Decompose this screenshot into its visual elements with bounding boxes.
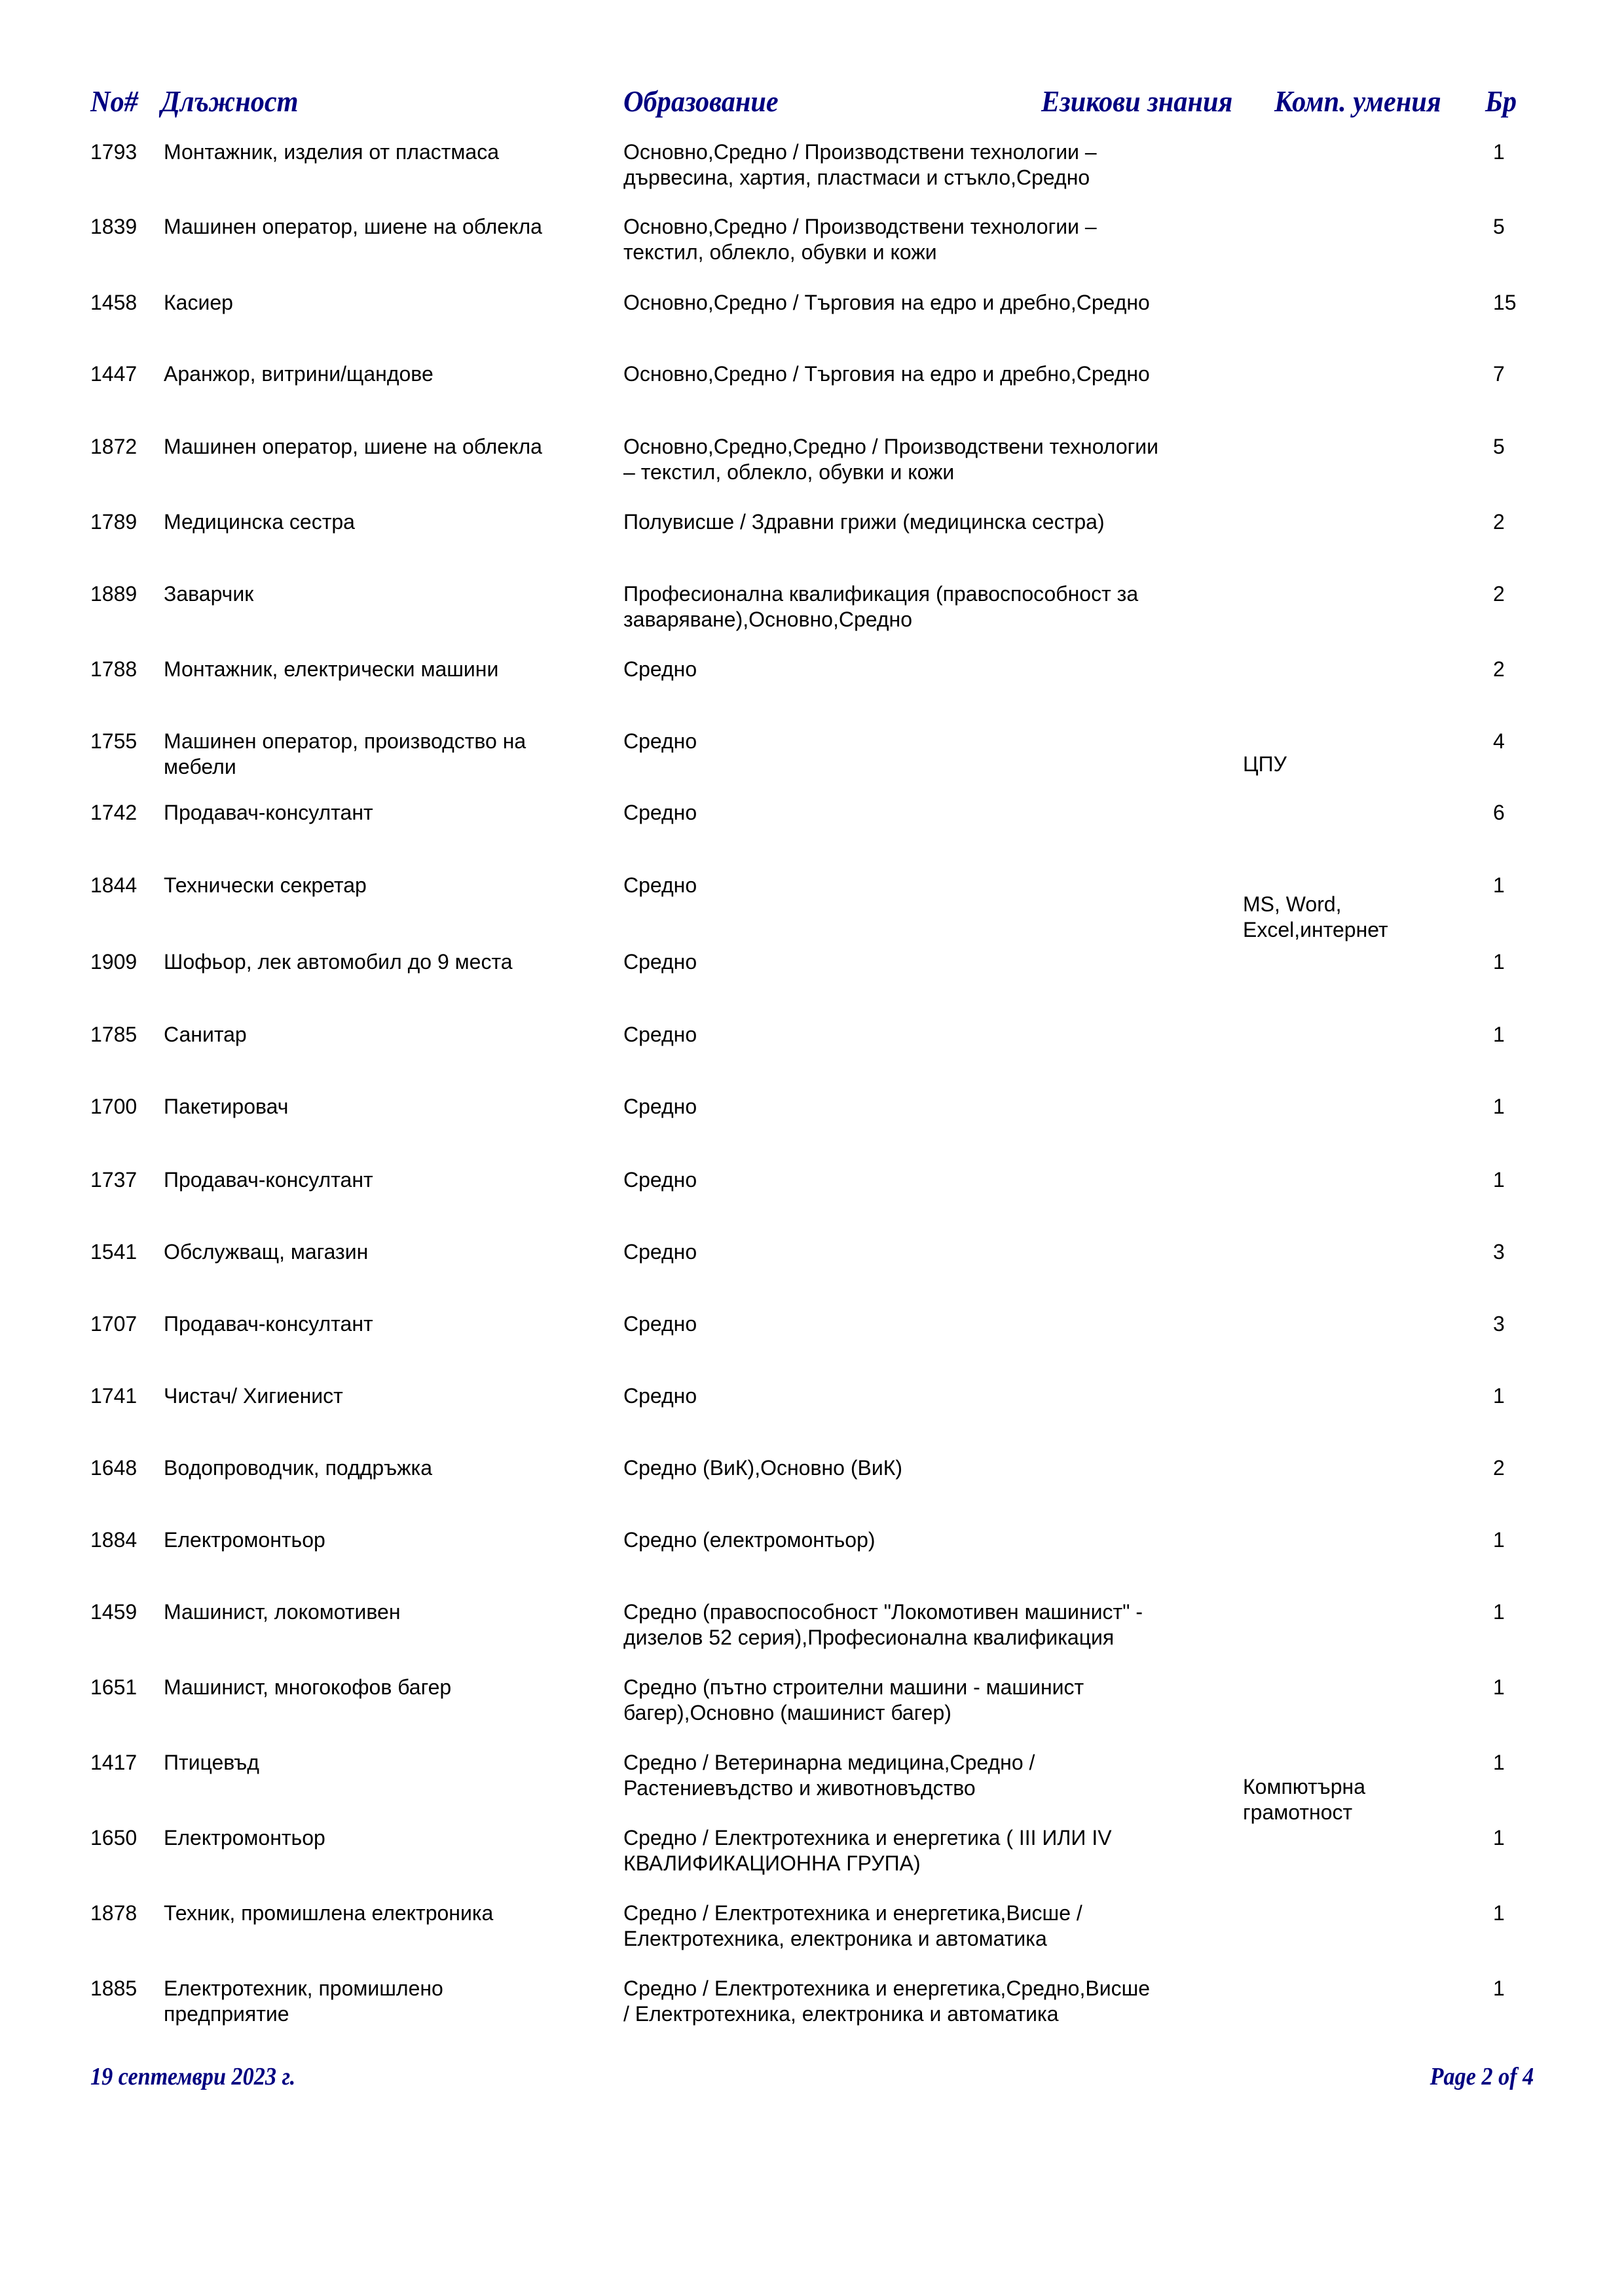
row-number: 1872	[90, 434, 137, 460]
count-cell: 15	[1493, 290, 1517, 316]
count-cell: 4	[1493, 729, 1505, 754]
row-number: 1878	[90, 1901, 137, 1926]
row-number: 1458	[90, 290, 137, 316]
education-cell: Основно,Средно / Търговия на едро и дреб…	[623, 361, 1200, 387]
position-cell: Електромонтьор	[164, 1825, 570, 1851]
education-cell: Средно	[623, 657, 1200, 682]
position-cell: Машинист, многокофов багер	[164, 1675, 570, 1700]
position-cell: Машинист, локомотивен	[164, 1599, 570, 1625]
count-cell: 1	[1493, 1901, 1505, 1926]
position-cell: Продавач-консултант	[164, 1167, 570, 1193]
count-cell: 1	[1493, 1022, 1505, 1048]
position-cell: Аранжор, витрини/щандове	[164, 361, 570, 387]
position-cell: Пакетировач	[164, 1094, 570, 1120]
header-count: Бр	[1485, 84, 1517, 118]
computer-skills-note: ЦПУ	[1243, 752, 1439, 777]
position-cell: Обслужващ, магазин	[164, 1239, 570, 1265]
row-number: 1755	[90, 729, 137, 754]
education-cell: Средно (електромонтьор)	[623, 1527, 1200, 1553]
position-cell: Водопроводчик, поддръжка	[164, 1455, 570, 1481]
row-number: 1844	[90, 873, 137, 898]
count-cell: 1	[1493, 1599, 1505, 1625]
count-cell: 2	[1493, 657, 1505, 682]
row-number: 1885	[90, 1976, 137, 2001]
position-cell: Медицинска сестра	[164, 509, 570, 535]
row-number: 1884	[90, 1527, 137, 1553]
position-cell: Технически секретар	[164, 873, 570, 898]
count-cell: 1	[1493, 1825, 1505, 1851]
row-number: 1459	[90, 1599, 137, 1625]
position-cell: Машинен оператор, шиене на облекла	[164, 434, 570, 460]
row-number: 1737	[90, 1167, 137, 1193]
position-cell: Касиер	[164, 290, 570, 316]
education-cell: Основно,Средно / Търговия на едро и дреб…	[623, 290, 1200, 316]
education-cell: Основно,Средно / Производствени технолог…	[623, 214, 1200, 265]
count-cell: 1	[1493, 1527, 1505, 1553]
education-cell: Основно,Средно / Производствени технолог…	[623, 139, 1200, 191]
education-cell: Основно,Средно,Средно / Производствени т…	[623, 434, 1200, 485]
footer-page-number: Page 2 of 4	[1430, 2062, 1534, 2091]
education-cell: Средно	[623, 1022, 1200, 1048]
computer-skills-note: MS, Word, Excel,интернет	[1243, 892, 1439, 943]
count-cell: 1	[1493, 1383, 1505, 1409]
education-cell: Средно / Електротехника и енергетика,Сре…	[623, 1976, 1200, 2027]
position-cell: Шофьор, лек автомобил до 9 места	[164, 949, 570, 975]
computer-skills-note: Компютърна грамотност	[1243, 1774, 1439, 1825]
education-cell: Професионална квалификация (правоспособн…	[623, 581, 1200, 632]
row-number: 1785	[90, 1022, 137, 1048]
count-cell: 1	[1493, 949, 1505, 975]
row-number: 1417	[90, 1750, 137, 1776]
education-cell: Средно / Електротехника и енергетика ( I…	[623, 1825, 1200, 1876]
position-cell: Продавач-консултант	[164, 800, 570, 826]
education-cell: Средно	[623, 1094, 1200, 1120]
position-cell: Санитар	[164, 1022, 570, 1048]
header-languages: Езикови знания	[1041, 84, 1232, 118]
position-cell: Монтажник, електрически машини	[164, 657, 570, 682]
position-cell: Машинен оператор, шиене на облекла	[164, 214, 570, 240]
count-cell: 1	[1493, 139, 1505, 165]
count-cell: 1	[1493, 873, 1505, 898]
count-cell: 2	[1493, 581, 1505, 607]
position-cell: Продавач-консултант	[164, 1311, 570, 1337]
education-cell: Средно	[623, 800, 1200, 826]
count-cell: 2	[1493, 509, 1505, 535]
count-cell: 3	[1493, 1239, 1505, 1265]
position-cell: Машинен оператор, производство на мебели	[164, 729, 570, 780]
education-cell: Средно	[623, 873, 1200, 898]
count-cell: 1	[1493, 1675, 1505, 1700]
education-cell: Средно (ВиК),Основно (ВиК)	[623, 1455, 1200, 1481]
row-number: 1700	[90, 1094, 137, 1120]
row-number: 1541	[90, 1239, 137, 1265]
header-no: No#	[90, 84, 138, 118]
row-number: 1793	[90, 139, 137, 165]
position-cell: Електротехник, промишлено предприятие	[164, 1976, 570, 2027]
row-number: 1789	[90, 509, 137, 535]
row-number: 1741	[90, 1383, 137, 1409]
position-cell: Заварчик	[164, 581, 570, 607]
row-number: 1839	[90, 214, 137, 240]
position-cell: Монтажник, изделия от пластмаса	[164, 139, 570, 165]
education-cell: Средно / Електротехника и енергетика,Вис…	[623, 1901, 1200, 1952]
header-computer-skills: Комп. умения	[1274, 84, 1441, 118]
education-cell: Средно	[623, 1239, 1200, 1265]
position-cell: Птицевъд	[164, 1750, 570, 1776]
count-cell: 1	[1493, 1094, 1505, 1120]
row-number: 1889	[90, 581, 137, 607]
position-cell: Чистач/ Хигиенист	[164, 1383, 570, 1409]
count-cell: 5	[1493, 434, 1505, 460]
count-cell: 7	[1493, 361, 1505, 387]
education-cell: Средно	[623, 1311, 1200, 1337]
row-number: 1651	[90, 1675, 137, 1700]
position-cell: Електромонтьор	[164, 1527, 570, 1553]
count-cell: 2	[1493, 1455, 1505, 1481]
row-number: 1648	[90, 1455, 137, 1481]
count-cell: 1	[1493, 1976, 1505, 2001]
row-number: 1742	[90, 800, 137, 826]
education-cell: Средно	[623, 949, 1200, 975]
row-number: 1707	[90, 1311, 137, 1337]
education-cell: Средно (пътно строителни машини - машини…	[623, 1675, 1200, 1726]
header-position: Длъжност	[161, 84, 299, 118]
count-cell: 5	[1493, 214, 1505, 240]
education-cell: Средно / Ветеринарна медицина,Средно / Р…	[623, 1750, 1200, 1801]
education-cell: Средно (правоспособност "Локомотивен маш…	[623, 1599, 1200, 1650]
count-cell: 1	[1493, 1750, 1505, 1776]
row-number: 1788	[90, 657, 137, 682]
header-education: Образование	[623, 84, 779, 118]
count-cell: 6	[1493, 800, 1505, 826]
education-cell: Средно	[623, 729, 1200, 754]
count-cell: 3	[1493, 1311, 1505, 1337]
footer-date: 19 септември 2023 г.	[90, 2062, 295, 2091]
row-number: 1909	[90, 949, 137, 975]
education-cell: Средно	[623, 1167, 1200, 1193]
position-cell: Техник, промишлена електроника	[164, 1901, 570, 1926]
row-number: 1650	[90, 1825, 137, 1851]
education-cell: Полувисше / Здравни грижи (медицинска се…	[623, 509, 1200, 535]
count-cell: 1	[1493, 1167, 1505, 1193]
education-cell: Средно	[623, 1383, 1200, 1409]
row-number: 1447	[90, 361, 137, 387]
